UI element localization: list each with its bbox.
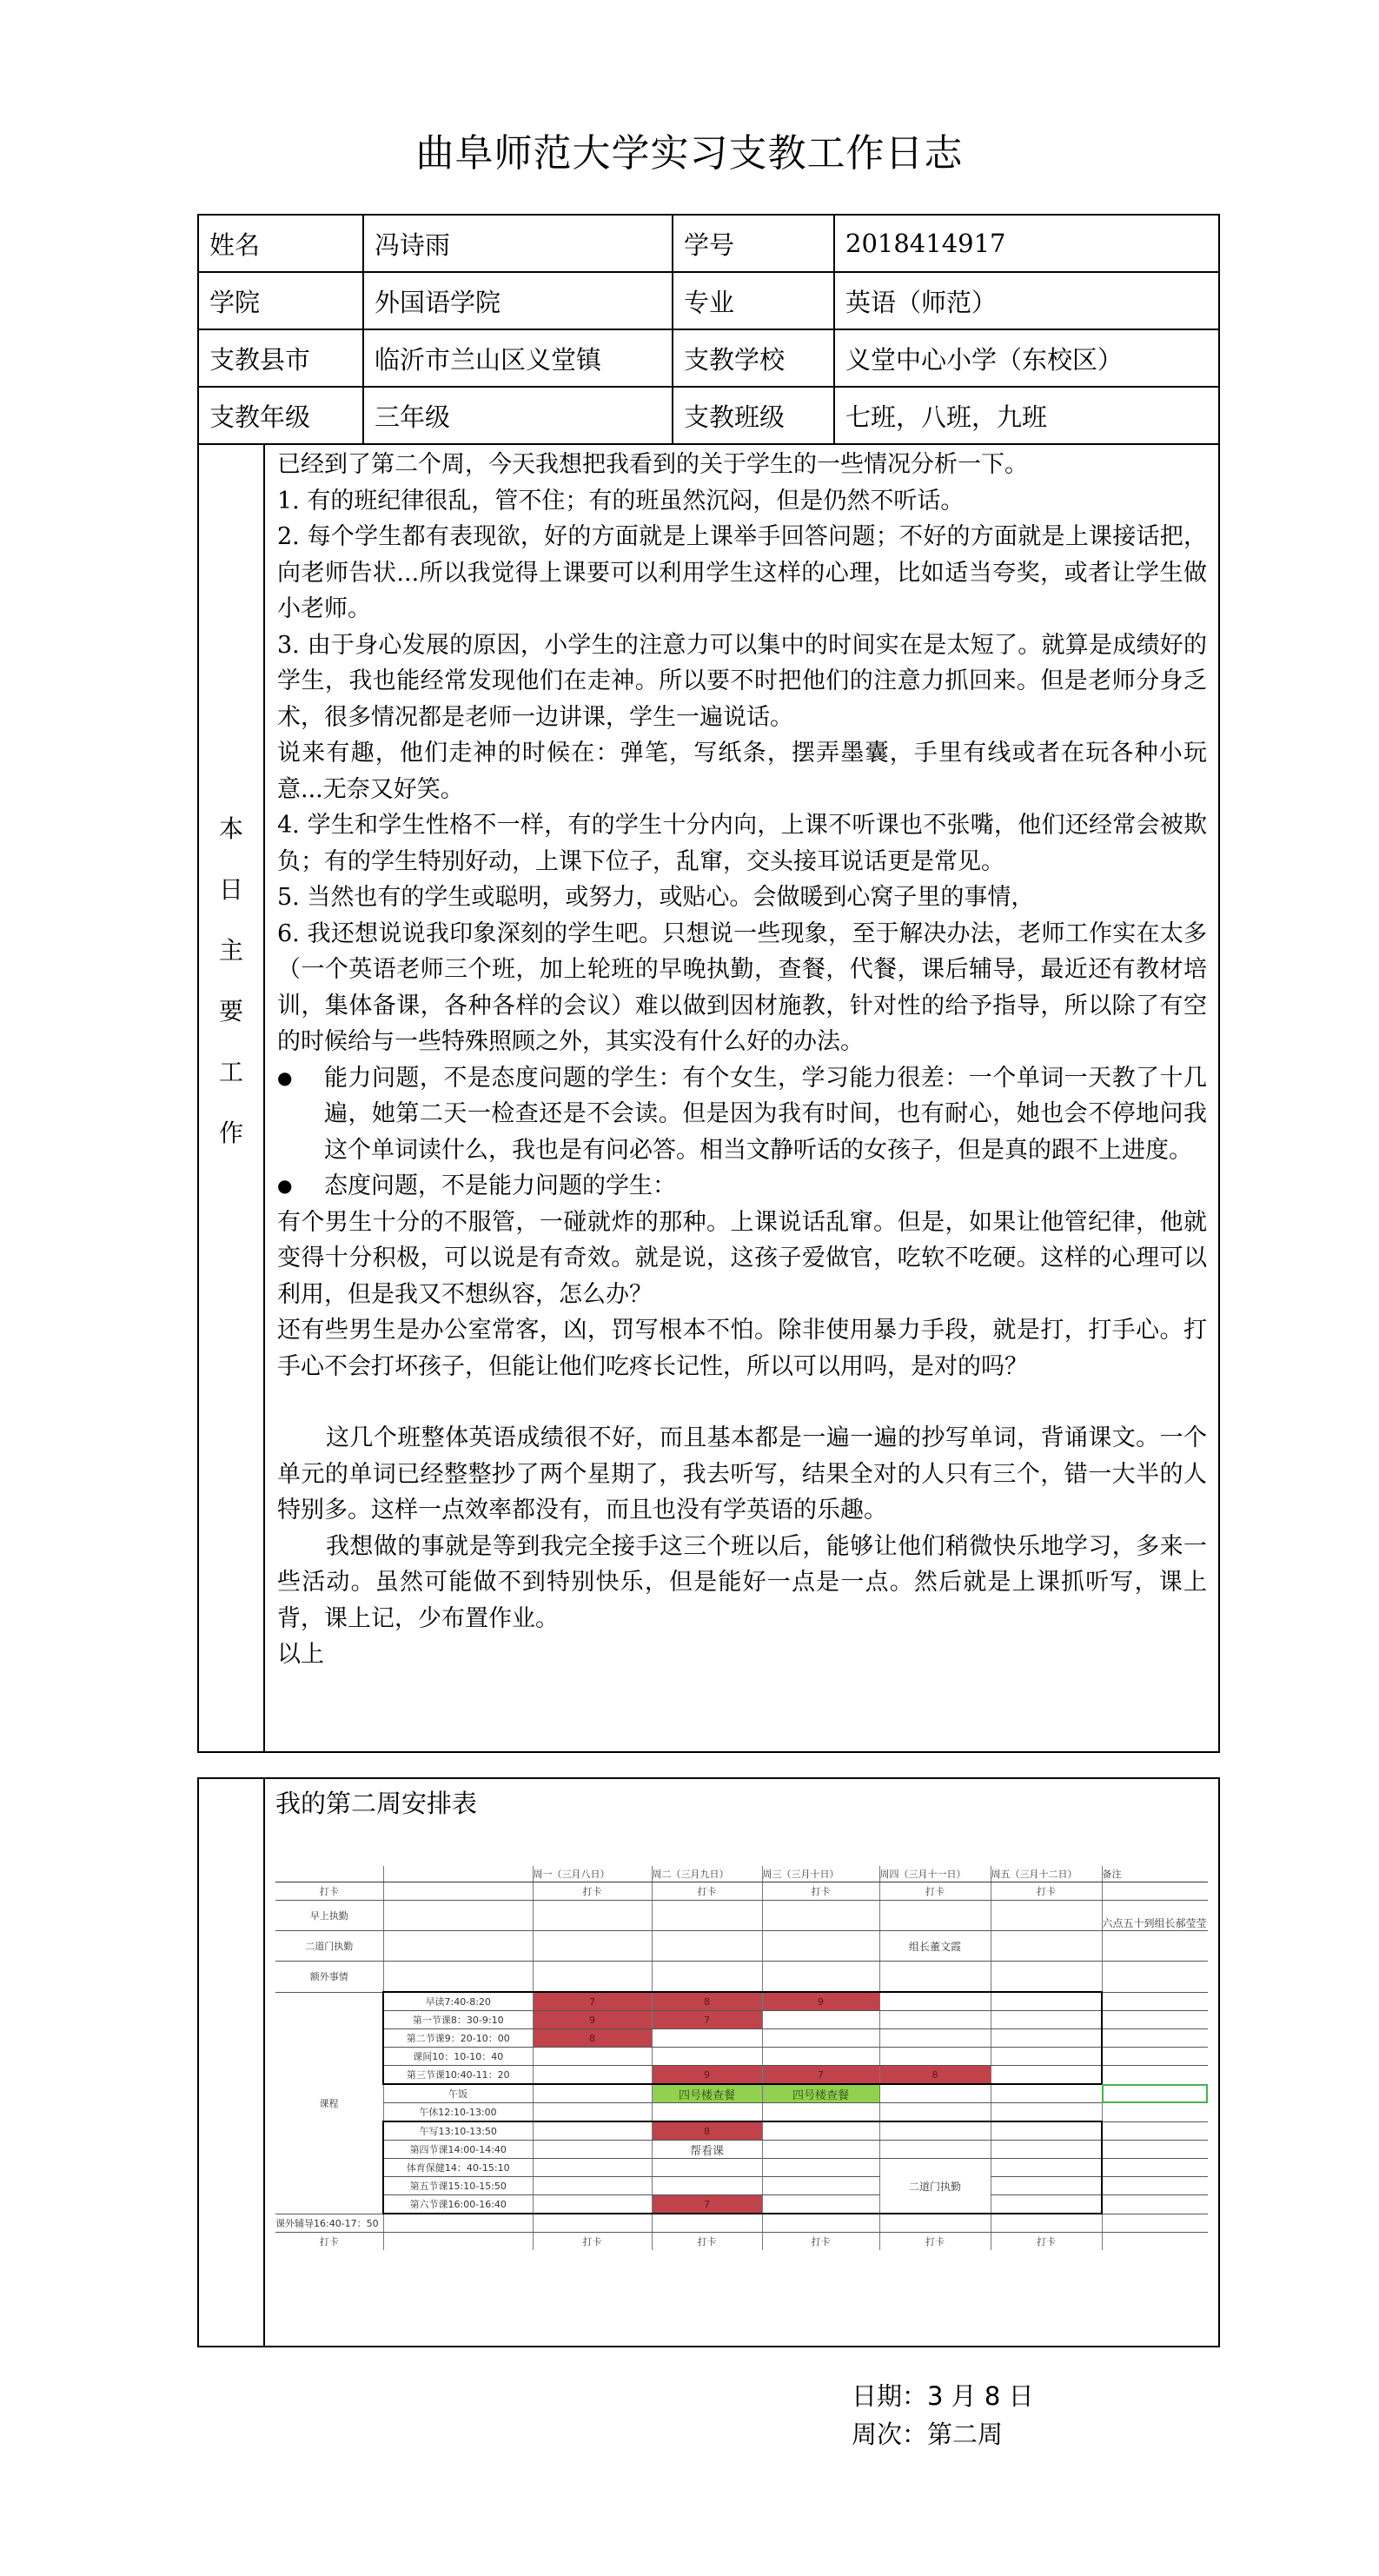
time-cell: 第四节课14:00-14:40 [383, 2141, 533, 2159]
cell: 打卡 [533, 1882, 652, 1901]
cell [991, 2103, 1102, 2122]
time-cell: 第五节课15:10-15:50 [383, 2177, 533, 2195]
cell [652, 2103, 762, 2122]
paragraph: 5. 当然也有的学生或聪明，或努力，或贴心。会做暖到心窝子里的事情， [277, 880, 1207, 916]
date-value: 3 月 8 日 [927, 2381, 1034, 2411]
meal-check-cell: 四号楼查餐 [652, 2084, 762, 2103]
cell [879, 1992, 991, 2011]
selected-cell[interactable] [1102, 2084, 1208, 2103]
cell [879, 2103, 991, 2122]
header-thursday: 周四（三月十一日） [879, 1866, 991, 1882]
time-cell: 午饭 [383, 2084, 533, 2103]
major-label: 专业 [673, 272, 834, 329]
class-cell: 9 [652, 2066, 762, 2085]
closing-text: 以上 [277, 1637, 1207, 1673]
cell: 打卡 [533, 2233, 652, 2251]
schedule-row: 二道门执勤 组长董文霞 [275, 1931, 1208, 1962]
schedule-section: 我的第二周安排表 周一（三月八日） 周二（三月九日） 周三（三月十日） 周四（三… [197, 1777, 1220, 2347]
schedule-row: 早上执勤 六点五十到组长郝莹莹 [275, 1901, 1208, 1931]
cell: 打卡 [991, 1882, 1102, 1901]
cell [533, 2066, 652, 2085]
cell [879, 2084, 991, 2103]
class-cell: 8 [879, 2066, 991, 2085]
paragraph: 2. 每个学生都有表现欲，好的方面就是上课举手回答问题；不好的方面就是上课接话把… [277, 519, 1207, 627]
class-cell: 8 [652, 2121, 762, 2141]
cell [762, 1901, 879, 1931]
cell [879, 2214, 991, 2233]
side-char: 主 [199, 932, 263, 993]
cell: 打卡 [762, 1882, 879, 1901]
header-notes: 备注 [1102, 1866, 1208, 1882]
cell [652, 2159, 762, 2177]
class-cell: 8 [652, 1992, 762, 2011]
cell [879, 2029, 991, 2048]
cell [991, 2141, 1102, 2159]
course-row: 第一节课8：30-9:10 9 7 [275, 2011, 1208, 2029]
row-label: 打卡 [275, 2233, 383, 2251]
note-cell [1102, 1882, 1208, 1901]
cell [879, 1962, 991, 1993]
paragraph: 4. 学生和学生性格不一样，有的学生十分内向，上课不听课也不张嘴，他们还经常会被… [277, 807, 1207, 880]
header-cell [275, 1866, 383, 1882]
cell [533, 1931, 652, 1962]
class-cell: 7 [652, 2011, 762, 2029]
cell [991, 2214, 1102, 2233]
bullet-item: ● 态度问题，不是能力问题的学生： [277, 1168, 1207, 1205]
cell [879, 1901, 991, 1931]
cell [991, 2011, 1102, 2029]
class-cell: 7 [652, 2195, 762, 2214]
side-char: 作 [199, 1114, 263, 1175]
side-column [199, 1779, 265, 2346]
cell [533, 2214, 652, 2233]
cell [652, 1931, 762, 1962]
cell [762, 2214, 879, 2233]
course-label: 课程 [275, 1992, 383, 2214]
header-friday: 周五（三月十二日） [991, 1866, 1102, 1882]
work-content: 已经到了第二个周，今天我想把我看到的关于学生的一些情况分析一下。 1. 有的班纪… [277, 447, 1207, 1673]
cell [991, 2121, 1102, 2141]
class-cell: 9 [762, 1992, 879, 2011]
bullet-item: ● 能力问题，不是态度问题的学生：有个女生，学习能力很差：一个单词一天教了十几遍… [277, 1060, 1207, 1169]
week-label: 周次： [852, 2420, 927, 2449]
info-row: 支教县市 临沂市兰山区义堂镇 支教学校 义堂中心小学（东校区） [198, 329, 1219, 387]
side-char: 要 [199, 993, 263, 1053]
bullet-icon: ● [277, 1060, 324, 1169]
paragraph: 这几个班整体英语成绩很不好，而且基本都是一遍一遍的抄写单词，背诵课文。一个单元的… [277, 1420, 1207, 1529]
paragraph: 有个男生十分的不服管，一碰就炸的那种。上课说话乱窜。但是，如果让他管纪律，他就变… [277, 1205, 1207, 1313]
cell: 打卡 [879, 1882, 991, 1901]
cell [652, 2029, 762, 2048]
cell [533, 2177, 652, 2195]
student-id-value: 2018414917 [834, 215, 1219, 272]
cell [991, 1931, 1102, 1962]
course-row: 第五节课15:10-15:50 [275, 2177, 1208, 2195]
meal-check-cell: 四号楼查餐 [762, 2084, 879, 2103]
class-label: 支教班级 [673, 387, 834, 444]
main-work-section: 本 日 主 要 工 作 已经到了第二个周，今天我想把我看到的关于学生的一些情况分… [197, 445, 1220, 1753]
cell: 打卡 [652, 2233, 762, 2251]
cell: 打卡 [652, 1882, 762, 1901]
cell [652, 2177, 762, 2195]
paragraph: 还有些男生是办公室常客，凶，罚写根本不怕。除非使用暴力手段，就是打，打手心。打手… [277, 1312, 1207, 1384]
week-value: 第二周 [927, 2420, 1003, 2449]
paragraph: 6. 我还想说说我印象深刻的学生吧。只想说一些现象，至于解决办法，老师工作实在太… [277, 916, 1207, 1060]
cell [762, 2011, 879, 2029]
cell [991, 2159, 1102, 2177]
cell: 组长董文霞 [879, 1931, 991, 1962]
name-label: 姓名 [198, 215, 363, 272]
note-cell: 六点五十到组长郝莹莹 [1102, 1901, 1208, 1931]
course-row: 午饭 四号楼查餐 四号楼查餐 [275, 2084, 1208, 2103]
header-monday: 周一（三月八日） [533, 1866, 652, 1882]
course-row: 午写13:10-13:50 8 [275, 2121, 1208, 2141]
cell [652, 1962, 762, 1993]
bullet-text: 态度问题，不是能力问题的学生： [324, 1168, 676, 1205]
time-cell: 早读7:40-8:20 [383, 1992, 533, 2011]
cell [879, 2048, 991, 2066]
date-line: 日期：3 月 8 日 [852, 2377, 1034, 2415]
cell [762, 1962, 879, 1993]
cell [533, 1901, 652, 1931]
schedule-row: 打卡 打卡 打卡 打卡 打卡 打卡 [275, 1882, 1208, 1901]
info-row: 支教年级 三年级 支教班级 七班，八班，九班 [198, 387, 1219, 444]
footer: 日期：3 月 8 日 周次：第二周 [852, 2377, 1034, 2453]
gate-duty-cell: 二道门执勤 [879, 2159, 991, 2214]
time-cell: 第六节课16:00-16:40 [383, 2195, 533, 2214]
cell [533, 2195, 652, 2214]
side-char: 日 [199, 871, 263, 932]
info-table: 姓名 冯诗雨 学号 2018414917 学院 外国语学院 专业 英语（师范） … [197, 214, 1220, 445]
time-cell: 午写13:10-13:50 [383, 2121, 533, 2141]
grade-label: 支教年级 [198, 387, 363, 444]
row-label: 二道门执勤 [275, 1931, 383, 1962]
cell [652, 2048, 762, 2066]
row-label: 打卡 [275, 1882, 383, 1901]
row-label: 额外事情 [275, 1962, 383, 1993]
cell: 帮看课 [652, 2141, 762, 2159]
course-row: 午休12:10-13:00 [275, 2103, 1208, 2122]
row-label: 早上执勤 [275, 1901, 383, 1931]
cell [762, 2029, 879, 2048]
bullet-text: 能力问题，不是态度问题的学生：有个女生，学习能力很差：一个单词一天教了十几遍，她… [324, 1060, 1207, 1169]
cell [762, 2121, 879, 2141]
course-row: 课程 早读7:40-8:20 7 8 9 [275, 1992, 1208, 2011]
schedule-header-row: 周一（三月八日） 周二（三月九日） 周三（三月十日） 周四（三月十一日） 周五（… [275, 1866, 1208, 1882]
week-line: 周次：第二周 [852, 2415, 1034, 2453]
paragraph: 已经到了第二个周，今天我想把我看到的关于学生的一些情况分析一下。 [277, 447, 1207, 483]
cell [762, 2103, 879, 2122]
cell [533, 2121, 652, 2141]
bullet-icon: ● [277, 1168, 324, 1205]
cell [533, 1962, 652, 1993]
class-cell: 7 [533, 1992, 652, 2011]
info-row: 学院 外国语学院 专业 英语（师范） [198, 272, 1219, 329]
school-label: 支教学校 [673, 329, 834, 387]
grade-value: 三年级 [363, 387, 673, 444]
cell [991, 2195, 1102, 2214]
cell [762, 2048, 879, 2066]
blank-line [277, 1384, 1207, 1420]
paragraph: 1. 有的班纪律很乱，管不住；有的班虽然沉闷，但是仍然不听话。 [277, 483, 1207, 520]
header-wednesday: 周三（三月十日） [762, 1866, 879, 1882]
class-value: 七班，八班，九班 [834, 387, 1219, 444]
header-cell [383, 1866, 533, 1882]
county-value: 临沂市兰山区义堂镇 [363, 329, 673, 387]
cell [652, 2214, 762, 2233]
cell [991, 2048, 1102, 2066]
time-cell: 课间10：10-10：40 [383, 2048, 533, 2066]
schedule-row: 打卡 打卡 打卡 打卡 打卡 打卡 [275, 2233, 1208, 2251]
cell [879, 2011, 991, 2029]
date-label: 日期： [852, 2381, 927, 2411]
schedule-row: 课外辅导16:40-17：50 [275, 2214, 1208, 2233]
time-cell: 第三节课10:40-11：20 [383, 2066, 533, 2085]
header-tuesday: 周二（三月九日） [652, 1866, 762, 1882]
time-cell: 午休12:10-13:00 [383, 2103, 533, 2122]
class-cell: 8 [533, 2029, 652, 2048]
school-value: 义堂中心小学（东校区） [834, 329, 1219, 387]
course-row: 体育保健14：40-15:10 二道门执勤 [275, 2159, 1208, 2177]
cell [991, 1962, 1102, 1993]
cell [533, 2048, 652, 2066]
note-cell [1102, 1931, 1208, 1962]
student-id-label: 学号 [673, 215, 834, 272]
cell [762, 2141, 879, 2159]
course-row: 第四节课14:00-14:40 帮看课 [275, 2141, 1208, 2159]
side-label-main-work: 本 日 主 要 工 作 [199, 810, 263, 1175]
cell [533, 2084, 652, 2103]
cell [991, 2066, 1102, 2085]
major-value: 英语（师范） [834, 272, 1219, 329]
cell [991, 2177, 1102, 2195]
cell [991, 2084, 1102, 2103]
cell [762, 1931, 879, 1962]
county-label: 支教县市 [198, 329, 363, 387]
side-char: 本 [199, 810, 263, 871]
name-value: 冯诗雨 [363, 215, 673, 272]
class-cell: 7 [762, 2066, 879, 2085]
note-cell [1102, 1962, 1208, 1993]
cell: 打卡 [762, 2233, 879, 2251]
schedule-title: 我的第二周安排表 [275, 1784, 477, 1820]
page-title: 曲阜师范大学实习支教工作日志 [0, 122, 1379, 177]
cell: 打卡 [879, 2233, 991, 2251]
cell [652, 1901, 762, 1931]
cell [533, 2159, 652, 2177]
side-column: 本 日 主 要 工 作 [199, 445, 265, 1751]
cell [991, 2029, 1102, 2048]
cell [879, 2121, 991, 2141]
course-row: 课间10：10-10：40 [275, 2048, 1208, 2066]
course-row: 第二节课9：20-10：00 8 [275, 2029, 1208, 2048]
time-cell: 第一节课8：30-9:10 [383, 2011, 533, 2029]
cell [533, 2141, 652, 2159]
info-row: 姓名 冯诗雨 学号 2018414917 [198, 215, 1219, 272]
time-cell: 体育保健14：40-15:10 [383, 2159, 533, 2177]
paragraph: 我想做的事就是等到我完全接手这三个班以后，能够让他们稍微快乐地学习，多来一些活动… [277, 1529, 1207, 1637]
cell [991, 1992, 1102, 2011]
cell [879, 2141, 991, 2159]
cell: 打卡 [991, 2233, 1102, 2251]
time-cell: 第二节课9：20-10：00 [383, 2029, 533, 2048]
cell [762, 2177, 879, 2195]
schedule-table: 周一（三月八日） 周二（三月九日） 周三（三月十日） 周四（三月十一日） 周五（… [275, 1866, 1208, 2250]
class-cell: 9 [533, 2011, 652, 2029]
paragraph: 3. 由于身心发展的原因，小学生的注意力可以集中的时间实在是太短了。就算是成绩好… [277, 627, 1207, 736]
college-value: 外国语学院 [363, 272, 673, 329]
row-label: 课外辅导16:40-17：50 [275, 2214, 383, 2233]
course-row: 第六节课16:00-16:40 7 [275, 2195, 1208, 2214]
cell [762, 2159, 879, 2177]
course-row: 第三节课10:40-11：20 9 7 8 [275, 2066, 1208, 2085]
college-label: 学院 [198, 272, 363, 329]
paragraph: 说来有趣，他们走神的时候在：弹笔，写纸条，摆弄墨囊，手里有线或者在玩各种小玩意.… [277, 735, 1207, 807]
cell [533, 2103, 652, 2122]
schedule-row: 额外事情 [275, 1962, 1208, 1993]
cell [762, 2195, 879, 2214]
side-char: 工 [199, 1053, 263, 1114]
cell [991, 1901, 1102, 1931]
